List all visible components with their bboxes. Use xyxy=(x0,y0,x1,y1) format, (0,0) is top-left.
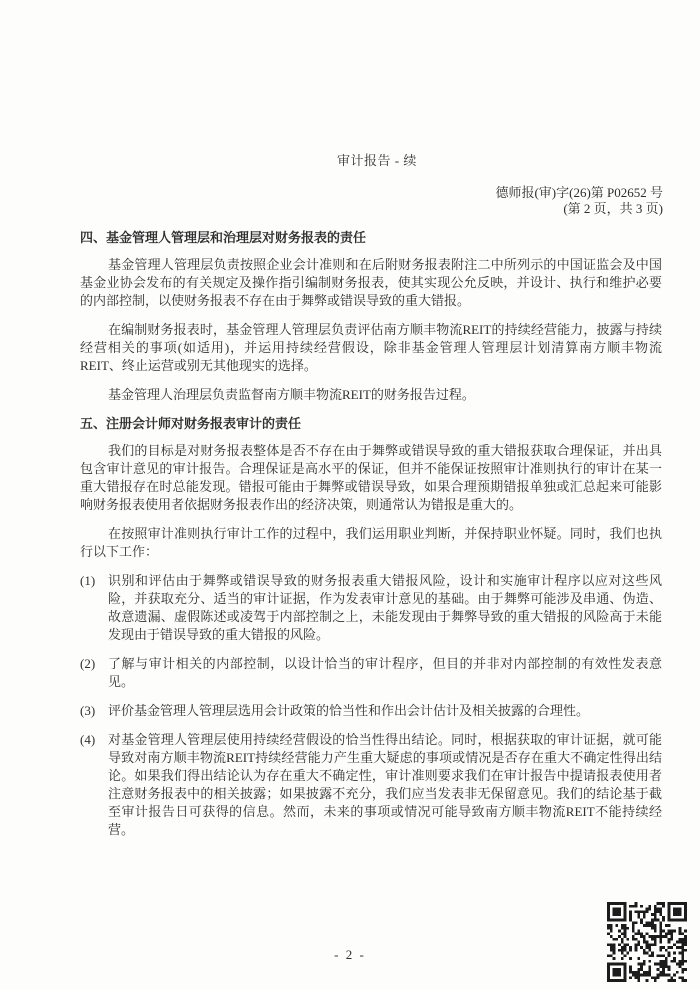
paragraph: 在编制财务报表时，基金管理人管理层负责评估南方顺丰物流REIT的持续经营能力，披… xyxy=(80,321,662,375)
list-item: (3) 评价基金管理人管理层选用会计政策的恰当性和作出会计估计及相关披露的合理性… xyxy=(80,702,662,720)
section-heading-four: 四、基金管理人管理层和治理层对财务报表的责任 xyxy=(80,229,662,247)
list-item: (1) 识别和评估由于舞弊或错误导致的财务报表重大错报风险，设计和实施审计程序以… xyxy=(80,572,662,644)
list-item-text: 评价基金管理人管理层选用会计政策的恰当性和作出会计估计及相关披露的合理性。 xyxy=(108,702,662,720)
page-number: - 2 - xyxy=(0,946,700,964)
list-item-text: 对基金管理人管理层使用持续经营假设的恰当性得出结论。同时，根据获取的审计证据，就… xyxy=(108,731,662,839)
list-item-marker: (2) xyxy=(80,655,108,691)
paragraph: 基金管理人管理层负责按照企业会计准则和在后附财务报表附注二中所列示的中国证监会及… xyxy=(80,256,662,310)
qr-code xyxy=(607,902,687,982)
doc-number: 德师报(审)字(26)第 P02652 号 xyxy=(495,185,663,201)
list-item-marker: (1) xyxy=(80,572,108,644)
paragraph: 基金管理人治理层负责监督南方顺丰物流REIT的财务报告过程。 xyxy=(80,386,662,404)
list-item: (2) 了解与审计相关的内部控制，以设计恰当的审计程序，但目的并非对内部控制的有… xyxy=(80,655,662,691)
report-body: 四、基金管理人管理层和治理层对财务报表的责任 基金管理人管理层负责按照企业会计准… xyxy=(80,229,662,850)
paragraph: 我们的目标是对财务报表整体是否不存在由于舞弊或错误导致的重大错报获取合理保证，并… xyxy=(80,442,662,514)
reference-block: 德师报(审)字(26)第 P02652 号 (第 2 页，共 3 页) xyxy=(495,185,663,217)
qr-code-image xyxy=(607,902,687,982)
list-item: (4) 对基金管理人管理层使用持续经营假设的恰当性得出结论。同时，根据获取的审计… xyxy=(80,731,662,839)
paragraph: 在按照审计准则执行审计工作的过程中，我们运用职业判断，并保持职业怀疑。同时，我们… xyxy=(80,525,662,561)
list-item-text: 识别和评估由于舞弊或错误导致的财务报表重大错报风险，设计和实施审计程序以应对这些… xyxy=(108,572,662,644)
list-item-marker: (4) xyxy=(80,731,108,839)
section-heading-five: 五、注册会计师对财务报表审计的责任 xyxy=(80,415,662,433)
page-indicator: (第 2 页，共 3 页) xyxy=(495,201,663,217)
report-title: 审计报告 - 续 xyxy=(337,152,417,170)
audit-report-page: 审计报告 - 续 德师报(审)字(26)第 P02652 号 (第 2 页，共 … xyxy=(0,0,700,990)
list-item-text: 了解与审计相关的内部控制，以设计恰当的审计程序，但目的并非对内部控制的有效性发表… xyxy=(108,655,662,691)
list-item-marker: (3) xyxy=(80,702,108,720)
